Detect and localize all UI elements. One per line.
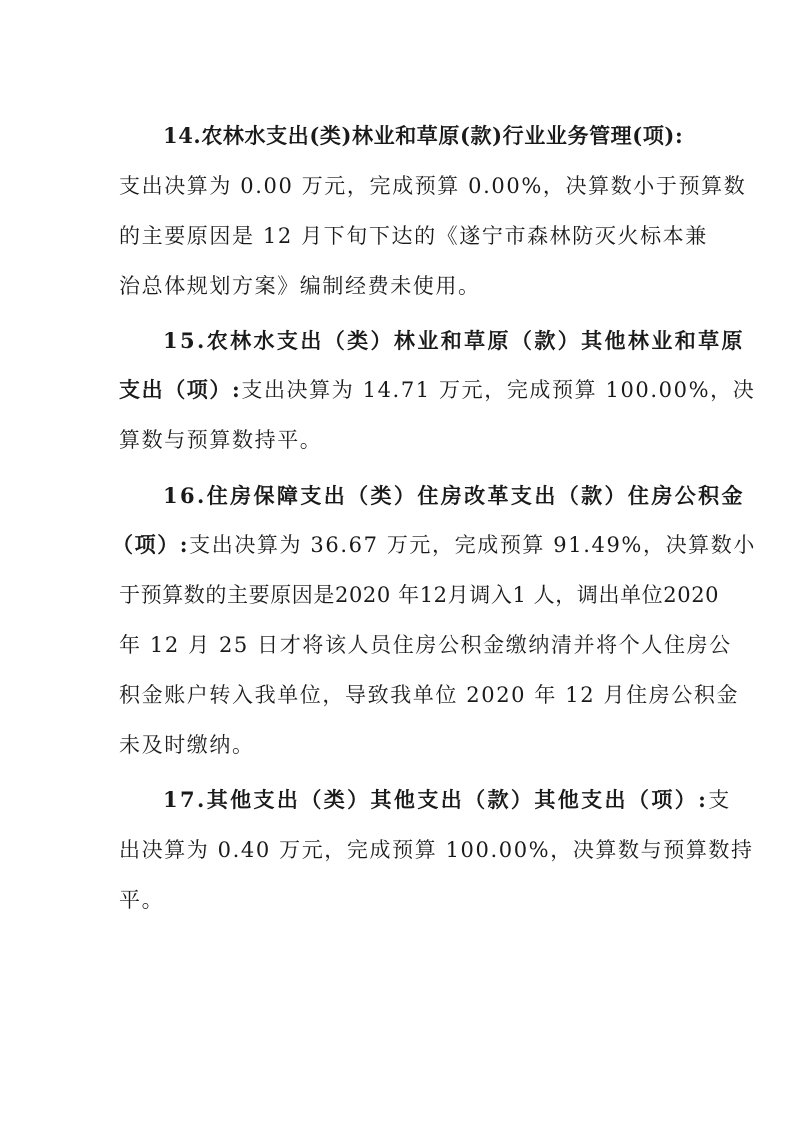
item-14-line-2: 支出决算为 0.00 万元，完成预算 0.00%，决算数小于预算数 (119, 174, 699, 198)
item-17-title-text: 支 (708, 788, 731, 812)
item-15-title: 15.农林水支出（类）林业和草原（款）其他林业和草原 (163, 329, 703, 353)
item-17-line-2: 出决算为 0.40 万元，完成预算 100.00%，决算数与预算数持 (119, 838, 709, 862)
item-16-line-6: 未及时缴纳。 (119, 733, 709, 757)
item-15-title-bold: 15.农林水支出（类）林业和草原（款）其他林业和草原 (163, 328, 745, 353)
item-16-line-2: （项）:支出决算为 36.67 万元，完成预算 91.49%，决算数小 (112, 533, 702, 557)
item-14-title: 14.农林水支出(类)林业和草原(款)行业业务管理(项): (163, 124, 723, 148)
item-16-title-bold: 16.住房保障支出（类）住房改革支出（款）住房公积金 (163, 483, 745, 508)
item-15-line-2: 支出（项）:支出决算为 14.71 万元，完成预算 100.00%，决 (119, 378, 709, 402)
item-15-line-3: 算数与预算数持平。 (119, 428, 699, 452)
document-page: 14.农林水支出(类)林业和草原(款)行业业务管理(项): 支出决算为 0.00… (0, 0, 793, 1122)
item-14-line-4: 治总体规划方案》编制经费未使用。 (119, 274, 699, 298)
item-16-title: 16.住房保障支出（类）住房改革支出（款）住房公积金 (163, 484, 703, 508)
item-17-title-bold: 17.其他支出（类）其他支出（款）其他支出（项）: (163, 787, 708, 812)
item-16-line-4: 年 12 月 25 日才将该人员住房公积金缴纳清并将个人住房公 (119, 633, 709, 657)
item-16-label-bold: （项）: (112, 532, 189, 557)
item-16-line-3: 于预算数的主要原因是2020 年12月调入1 人，调出单位2020 (119, 583, 709, 607)
item-17-line-3: 平。 (119, 888, 709, 912)
item-15-line-2-text: 支出决算为 14.71 万元，完成预算 100.00%，决 (241, 378, 755, 402)
item-16-line-2-text: 支出决算为 36.67 万元，完成预算 91.49%，决算数小 (189, 533, 756, 557)
item-15-label-bold: 支出（项）: (119, 377, 241, 402)
item-17-title: 17.其他支出（类）其他支出（款）其他支出（项）:支 (163, 788, 723, 812)
item-14-line-3: 的主要原因是 12 月下旬下达的《遂宁市森林防灭火标本兼 (119, 224, 699, 248)
item-16-line-5: 积金账户转入我单位，导致我单位 2020 年 12 月住房公积金 (119, 683, 709, 707)
item-14-title-bold: 14.农林水支出(类)林业和草原(款)行业业务管理(项): (163, 123, 683, 148)
